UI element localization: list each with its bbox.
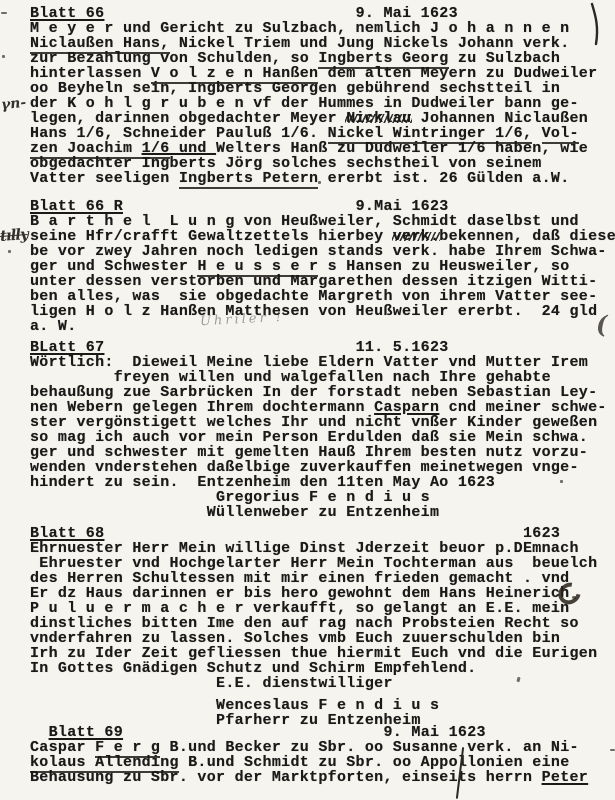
text-line: P u l u e r m a c h e r verkaufft, so ge…	[30, 601, 615, 616]
entry-blatt-68: Blatt 68 1623Ehrnuester Herr Mein willig…	[30, 526, 615, 728]
text-line: ligen H o l z Hanßen Matthesen von Heußw…	[30, 304, 615, 319]
text-line: Vatter seeligen Ingberts Petern ererbt i…	[30, 171, 615, 186]
handwritten-paren-mark: (	[596, 310, 607, 339]
blatt-68-heading: Blatt 68 1623	[30, 526, 615, 541]
blatt-69-heading: Blatt 69 9. Mai 1623	[30, 725, 615, 740]
signature-line: Gregorius F e n d i u s	[30, 490, 615, 505]
text-line: be vor zwey Jahren noch ledigen stands v…	[30, 244, 615, 259]
entry-blatt-66: Blatt 66 9. Mai 1623M e y e r und Gerich…	[30, 6, 615, 186]
text-segment: E.E. dienstwilliger	[30, 675, 393, 692]
text-line: Hans 1/6, Schneider Pauluß 1/6. Nickel W…	[30, 126, 615, 141]
blatt-66-heading: Blatt 66 9. Mai 1623	[30, 6, 615, 21]
text-segment: Nicklau	[346, 111, 411, 126]
entry-blatt-67: BLatt 67 11. 5.1623Wörtlich: Dieweil Mei…	[30, 340, 615, 520]
blatt-66r-heading: Blatt 66 R 9.Mai 1623	[30, 199, 615, 214]
text-line: ger und schwester mit gemelten Hauß Ihre…	[30, 445, 615, 460]
handwritten-margin-scribble: tılly	[0, 225, 28, 245]
blatt-67-heading: BLatt 67 11. 5.1623	[30, 340, 615, 355]
text-line: Er dz Haus darinnen er bis hero gewohnt …	[30, 586, 615, 601]
text-line: seine Hfr/crafft Gewaltzettels hierbey v…	[30, 229, 615, 244]
text-segment: Wüllenweber zu Entzenheim	[30, 504, 439, 521]
text-line: obgedachter Ingberts Jörg solches sechst…	[30, 156, 615, 171]
ink-smudge-dot	[572, 596, 576, 599]
text-line: Behausung zu Sbr. vor der Marktpforten, …	[30, 770, 615, 785]
text-line: ger und Schwester H e u s s e r s Hansen…	[30, 259, 615, 274]
signature-line: Wüllenweber zu Entzenheim	[30, 505, 615, 520]
text-line: legen, darinnen obgedachter Meyer Nickla…	[30, 111, 615, 126]
scan-speck	[318, 181, 321, 184]
text-line: Niclaußen Hans, Nickel Triem und Jung Ni…	[30, 36, 615, 51]
text-segment: Vatter seeligen	[30, 170, 179, 187]
text-line: wenden vnderstehen daßelbige zuverkauffe…	[30, 460, 615, 475]
text-line: nen Webern gelegen Ihrem dochtermann Cas…	[30, 400, 615, 415]
text-line: M e y e r und Gericht zu Sulzbach, nemli…	[30, 21, 615, 36]
text-segment: Behausung zu Sbr. vor der Marktpforten, …	[30, 769, 542, 786]
scan-speck	[1, 12, 7, 14]
scan-speck	[2, 55, 5, 58]
entry-blatt-69: Blatt 69 9. Mai 1623Caspar F e r g B.und…	[30, 725, 615, 785]
text-segment: a. W.	[30, 318, 77, 335]
entry-blatt-66-r: Blatt 66 R 9.Mai 1623B a r t h e l L u n…	[30, 199, 615, 334]
handwritten-margin-mark: γn-	[0, 95, 27, 114]
text-line: ben alles, was sie obgedachte Margreth v…	[30, 289, 615, 304]
signature-line: E.E. dienstwilliger	[30, 676, 615, 691]
text-segment: Ingberts Petern	[179, 170, 319, 189]
text-line: a. W.	[30, 319, 615, 334]
text-line: B a r t h e l L u n g von Heußweiler, Sc…	[30, 214, 615, 229]
text-line: ster vergönstigett welches Ihr und nicht…	[30, 415, 615, 430]
text-line: kolaus Allending B.und Schmidt zu Sbr. o…	[30, 755, 615, 770]
text-line: In Gottes Gnädigen Schutz und Schirm Emp…	[30, 661, 615, 676]
text-line: des Herren Schultessen mit mir einen fri…	[30, 571, 615, 586]
text-line: Wörtlich: Dieweil Meine liebe Eldern Vat…	[30, 355, 615, 370]
text-line: Caspar F e r g B.und Becker zu Sbr. oo S…	[30, 740, 615, 755]
text-segment: ererbt ist. 26 Gülden a.W.	[318, 170, 569, 187]
text-line: der K o h l g r u b e n vf der Hummes in…	[30, 96, 615, 111]
text-line: hinterlassen V o l z e n Hanßen dem alte…	[30, 66, 615, 81]
text-line: zur Bezahlung von Schulden, so Ingberts …	[30, 51, 615, 66]
text-segment: ligen H o l z Hanßen Matthesen von Heußw…	[30, 303, 597, 320]
text-line: Irh zu Ider Zeit gefliessen thue hiermit…	[30, 646, 615, 661]
scan-speck	[610, 749, 615, 751]
scanned-document: { "page": { "paper_color": "#f5f4ef", "i…	[0, 0, 615, 800]
text-line: vnderfahren zu lassen. Solches vmb Euch …	[30, 631, 615, 646]
scan-speck	[8, 250, 11, 253]
pen-stroke-top-right	[588, 4, 602, 46]
text-line: Ehrnuester Herr Mein willige Dinst Jderz…	[30, 541, 615, 556]
text-segment: verk.	[393, 229, 440, 244]
document-page: Blatt 66 9. Mai 1623M e y e r und Gerich…	[30, 6, 615, 785]
text-line: so mag ich auch vor mein Person Erdulden…	[30, 430, 615, 445]
text-line: zen Joachim 1/6 und Welters Hanß zu Dudw…	[30, 141, 615, 156]
text-line: unter dessen verstorben und Margarethen …	[30, 274, 615, 289]
text-line: oo Beyheln sein, Ingberts Georgen gebühr…	[30, 81, 615, 96]
text-line: hindert zu sein. Entzenheim den 11ten Ma…	[30, 475, 615, 490]
text-line: behaußung zue Sarbrücken In der forstadt…	[30, 385, 615, 400]
text-line: dinstliches bitten Ime den auf rag nach …	[30, 616, 615, 631]
text-segment: Peter	[542, 769, 589, 786]
text-line: freyen willen und walgefallen nach Ihre …	[30, 370, 615, 385]
signature-line: Wenceslaus F e n d i u s	[30, 698, 615, 713]
text-line: Ehruester vnd Hochgelarter Herr Mein Toc…	[30, 556, 615, 571]
scan-speck	[560, 480, 563, 483]
